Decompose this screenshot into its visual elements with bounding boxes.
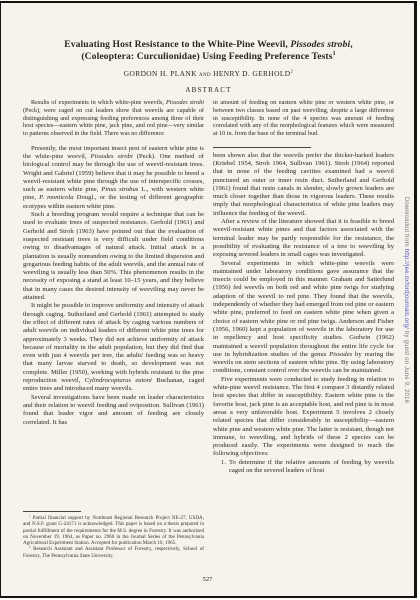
footnote: 1 Partial financial support by Northeast… [23,515,204,546]
abstract-heading: ABSTRACT [23,86,394,94]
watermark-text: Downloaded from http://jee.oxfordjournal… [403,196,409,402]
download-watermark: Downloaded from http://jee.oxfordjournal… [403,196,409,402]
body-paragraph: Several experiments in which white-pine … [213,260,394,376]
body-left-column: Presently, the most important insect pes… [23,145,204,561]
body-paragraph: After a review of the literature showed … [213,218,394,259]
footnote: 2 Research Assistant and Assistant Profe… [23,546,204,558]
abstract-end-rule [213,147,311,148]
watermark-link[interactable]: http://jee.oxfordjournals.org/ [403,248,409,328]
list-item-text: To determine if the relative amounts of … [229,459,394,476]
abstract-right-column: in amount of feeding on eastern white pi… [213,99,394,138]
scanned-paper-page: { "colors": { "paper_bg": "#f5f3ec", "in… [0,0,420,600]
paper-title-line1: Evaluating Host Resistance to the White-… [23,39,394,51]
list-item-number: 1. [221,459,229,476]
objective-list-item: 1. To determine if the relative amounts … [213,459,394,476]
paper-title-line2: (Coleoptera: Curculionidae) Using Feedin… [23,51,394,63]
authors-line: GORDON H. PLANK and HENRY D. GERHOLD2 [23,69,394,78]
abstract-paragraph: in amount of feeding on eastern white pi… [213,99,394,138]
body-paragraph: It might be possible to improve uniformi… [23,302,204,393]
page-scan-frame: Evaluating Host Resistance to the White-… [0,1,417,598]
body-paragraph: Five experiments were conducted to study… [213,376,394,459]
abstract-left-column: Results of experiments in which white-pi… [23,99,204,138]
body-right-column: been shown also that the weevils prefer … [213,145,394,561]
page-number: 527 [1,576,414,583]
page-content: Evaluating Host Resistance to the White-… [1,3,414,561]
body-paragraph: Several investigations have been made on… [23,394,204,427]
body-paragraph: been shown also that the weevils prefer … [213,152,394,218]
abstract-columns: Results of experiments in which white-pi… [23,99,394,138]
abstract-paragraph: Results of experiments in which white-pi… [23,99,204,138]
footnote-rule [23,511,81,512]
paper-title: Evaluating Host Resistance to the White-… [23,39,394,62]
body-columns: Presently, the most important insect pes… [23,145,394,561]
body-paragraph: Such a breeding program would require a … [23,211,204,302]
footnotes-block: 1 Partial financial support by Northeast… [23,511,204,558]
body-paragraph: Presently, the most important insect pes… [23,145,204,211]
